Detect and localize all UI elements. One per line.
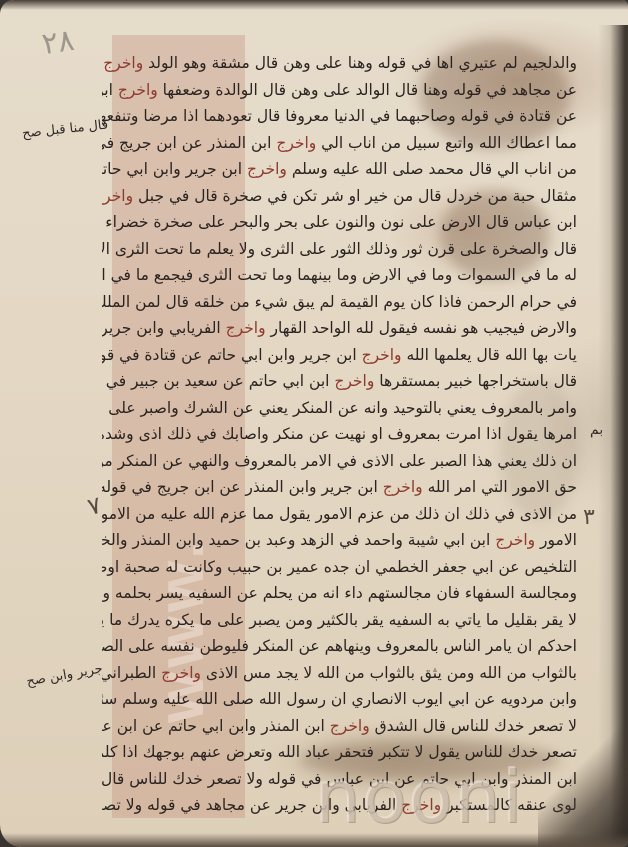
rubric-word: واخرج: [276, 134, 316, 152]
manuscript-line: حق الامور التي امر الله واخرج ابن جرير و…: [102, 474, 577, 501]
manuscript-line: لا يقر بقليل ما ياتي به السفيه يقر بالكث…: [102, 607, 577, 634]
manuscript-line: قال باستخراجها خبير بمستقرها واخرج ابن ا…: [102, 368, 577, 395]
rubric-word: واخرج: [102, 187, 133, 205]
manuscript-line: ومجالسة السفهاء فان مجالستهم داء انه من …: [102, 580, 577, 607]
manuscript-line: امرها يقول اذا امرت بمعروف او نهيت عن من…: [102, 421, 577, 448]
rubric-word: واخرج: [103, 54, 143, 72]
margin-note-left-2: جرير وابن صح: [25, 661, 104, 689]
page-top-edge: [0, 0, 628, 10]
rubric-word: واخرج: [161, 664, 201, 682]
rubric-word: واخرج: [247, 160, 287, 178]
rubric-word: واخرج: [362, 346, 402, 364]
manuscript-line: بالثواب من الله ومن يثق بالثواب من الله …: [102, 660, 577, 687]
manuscript-line: الامور واخرج ابن ابي شيبة واحمد في الزهد…: [102, 527, 577, 554]
rubric-word: واخرج: [118, 81, 158, 99]
manuscript-line: وابن مردويه عن ابي ايوب الانصاري ان رسول…: [102, 686, 577, 713]
manuscript-page: www. ٢٨ والدلجيم لم عتيري اها في قوله وه…: [0, 0, 628, 847]
manuscript-line: وامر بالمعروف يعني بالتوحيد وانه عن المن…: [102, 395, 577, 422]
manuscript-line: عن قتادة في قوله وصاحبهما في الدنيا معرو…: [102, 103, 577, 130]
rubric-word: واخرج: [495, 531, 535, 549]
manuscript-line: مما اعطاك الله واتبع سبيل من اناب الي وا…: [102, 130, 577, 157]
manuscript-line: من اناب الي قال محمد صلى الله عليه وسلم …: [102, 156, 577, 183]
manuscript-line: والارض فيجيب هو نفسه فيقول لله الواحد ال…: [102, 315, 577, 342]
manuscript-line: ابن عباس قال الارض على نون والنون على بح…: [102, 209, 577, 236]
manuscript-line: ان ذلك يعني هذا الصبر على الاذى في الامر…: [102, 448, 577, 475]
margin-note-left-1: قال منا قبل صح: [21, 118, 108, 142]
rubric-word: واخرج: [226, 319, 266, 337]
manuscript-line: من الاذى في ذلك ان ذلك من عزم الامور يقو…: [102, 501, 577, 528]
rubric-word: واخرج: [330, 717, 370, 735]
folio-number: ٢٨: [40, 23, 77, 62]
manuscript-line: قال والصخرة على قرن ثور وذلك الثور على ا…: [102, 236, 577, 263]
margin-note-right-2: ٣: [583, 505, 595, 530]
manuscript-line: يات بها الله قال يعلمها الله واخرج ابن ج…: [102, 342, 577, 369]
manuscript-line: والدلجيم لم عتيري اها في قوله وهنا على و…: [102, 50, 577, 77]
manuscript-line: لا تصعر خدك للناس قال الشدق واخرج ابن ال…: [102, 713, 577, 740]
manuscript-line: احدكم ان يامر الناس بالمعروف وينهاهم عن …: [102, 633, 577, 660]
rubric-word: واخرج: [383, 478, 423, 496]
manuscript-line: التلخيص عن ابي جعفر الخطمي ان جده عمير ب…: [102, 554, 577, 581]
manuscript-line: مثقال حبة من خردل قال من خير او شر تكن ف…: [102, 183, 577, 210]
main-text-block: والدلجيم لم عتيري اها في قوله وهنا على و…: [102, 50, 577, 770]
page-bottom-edge: [0, 833, 628, 847]
rubric-word: واخرج: [334, 372, 374, 390]
page-torn-corner: [538, 647, 628, 847]
manuscript-line: في حرام الرحمن فاذا كان يوم القيمة لم يب…: [102, 289, 577, 316]
manuscript-line: له ما في السموات وما في الارض وما بينهما…: [102, 262, 577, 289]
manuscript-line: عن مجاهد في قوله وهنا قال الوالد على وهن…: [102, 77, 577, 104]
